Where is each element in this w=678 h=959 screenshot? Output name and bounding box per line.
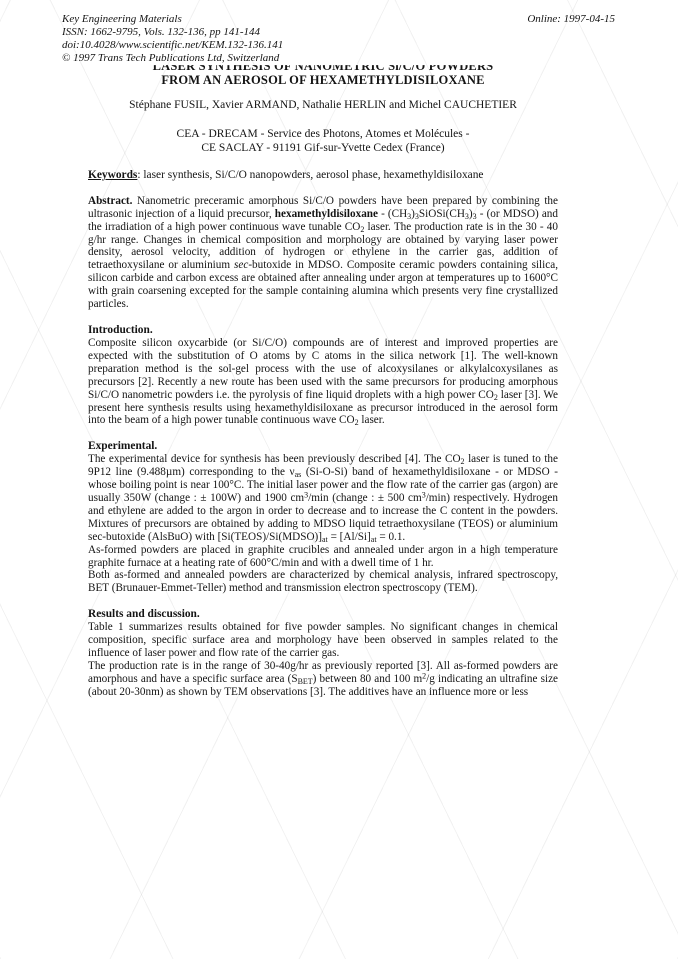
- results-heading: Results and discussion.: [88, 608, 558, 621]
- results-paragraph-1: Table 1 summarizes results obtained for …: [88, 621, 558, 660]
- section-experimental: Experimental. The experimental device fo…: [88, 440, 558, 595]
- experimental-heading: Experimental.: [88, 440, 558, 453]
- issn-line: ISSN: 1662-9795, Vols. 132-136, pp 141-1…: [62, 26, 283, 39]
- introduction-heading: Introduction.: [88, 324, 558, 337]
- paper-title: LASER SYNTHESIS OF NANOMETRIC Si/C/O POW…: [88, 59, 558, 87]
- experimental-paragraph-3: Both as-formed and annealed powders are …: [88, 569, 558, 595]
- paper-title-line2: FROM AN AEROSOL OF HEXAMETHYLDISILOXANE: [88, 73, 558, 87]
- keywords-label: Keywords: [88, 169, 137, 181]
- journal-name: Key Engineering Materials: [62, 13, 283, 26]
- affiliation-line2: CE SACLAY - 91191 Gif-sur-Yvette Cedex (…: [88, 141, 558, 155]
- paper-page: Key Engineering Materials ISSN: 1662-979…: [0, 0, 678, 959]
- introduction-paragraph: Composite silicon oxycarbide (or Si/C/O)…: [88, 337, 558, 427]
- experimental-paragraph-2: As-formed powders are placed in graphite…: [88, 544, 558, 570]
- abstract-paragraph: Abstract. Nanometric preceramic amorphou…: [88, 195, 558, 311]
- article-body: Stéphane FUSIL, Xavier ARMAND, Nathalie …: [88, 99, 558, 699]
- keywords-line: Keywords: laser synthesis, Si/C/O nanopo…: [88, 169, 558, 182]
- affiliation-line1: CEA - DRECAM - Service des Photons, Atom…: [88, 127, 558, 141]
- publication-info: Key Engineering Materials ISSN: 1662-979…: [62, 13, 283, 65]
- paper-title-line1: LASER SYNTHESIS OF NANOMETRIC Si/C/O POW…: [88, 59, 558, 73]
- section-introduction: Introduction. Composite silicon oxycarbi…: [88, 324, 558, 427]
- keywords-text: : laser synthesis, Si/C/O nanopowders, a…: [137, 169, 483, 181]
- authors-line: Stéphane FUSIL, Xavier ARMAND, Nathalie …: [88, 99, 558, 112]
- section-results: Results and discussion. Table 1 summariz…: [88, 608, 558, 698]
- doi-line: doi:10.4028/www.scientific.net/KEM.132-1…: [62, 39, 283, 52]
- experimental-paragraph-1: The experimental device for synthesis ha…: [88, 453, 558, 543]
- affiliation: CEA - DRECAM - Service des Photons, Atom…: [88, 127, 558, 155]
- results-paragraph-2: The production rate is in the range of 3…: [88, 660, 558, 699]
- online-date: Online: 1997-04-15: [527, 13, 615, 25]
